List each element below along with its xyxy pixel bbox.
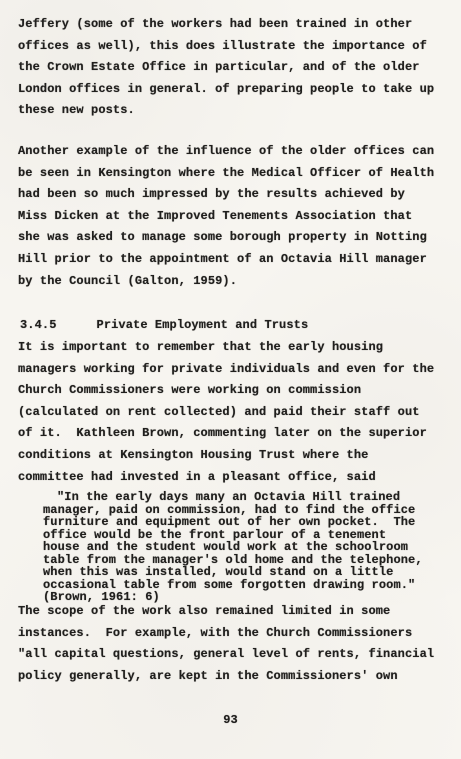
section-heading: 3.4.5Private Employment and Trusts (20, 315, 308, 337)
paragraph-private-employment: It is important to remember that the ear… (18, 337, 434, 488)
paragraph-kensington: Another example of the influence of the … (18, 141, 434, 292)
section-number: 3.4.5 (20, 318, 57, 332)
paragraph-scope-of-work: The scope of the work also remained limi… (18, 601, 434, 687)
paragraph-jeffery: Jeffery (some of the workers had been tr… (18, 14, 434, 122)
scan-noise (0, 0, 2, 2)
section-title: Private Employment and Trusts (97, 318, 309, 332)
page-number: 93 (0, 710, 461, 732)
scanned-document-page: Jeffery (some of the workers had been tr… (0, 0, 461, 759)
block-quote: "In the early days many an Octavia Hill … (43, 491, 423, 604)
quote-text: "In the early days many an Octavia Hill … (43, 490, 423, 592)
